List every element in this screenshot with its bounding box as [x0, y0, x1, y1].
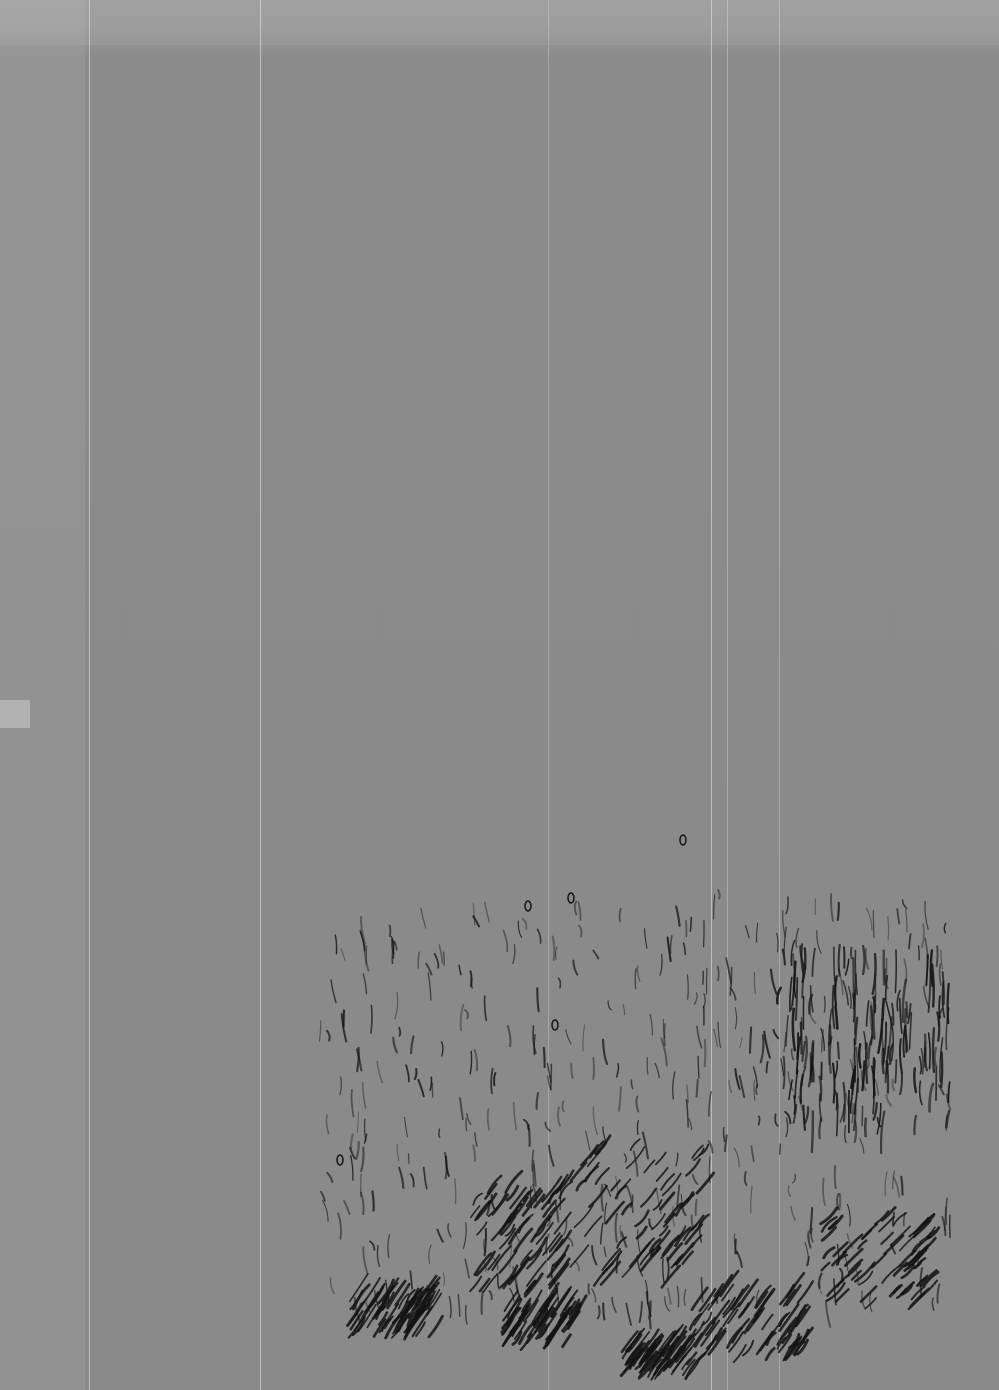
- sketch-scan: [0, 0, 999, 1390]
- ink-drawing: [0, 0, 999, 1390]
